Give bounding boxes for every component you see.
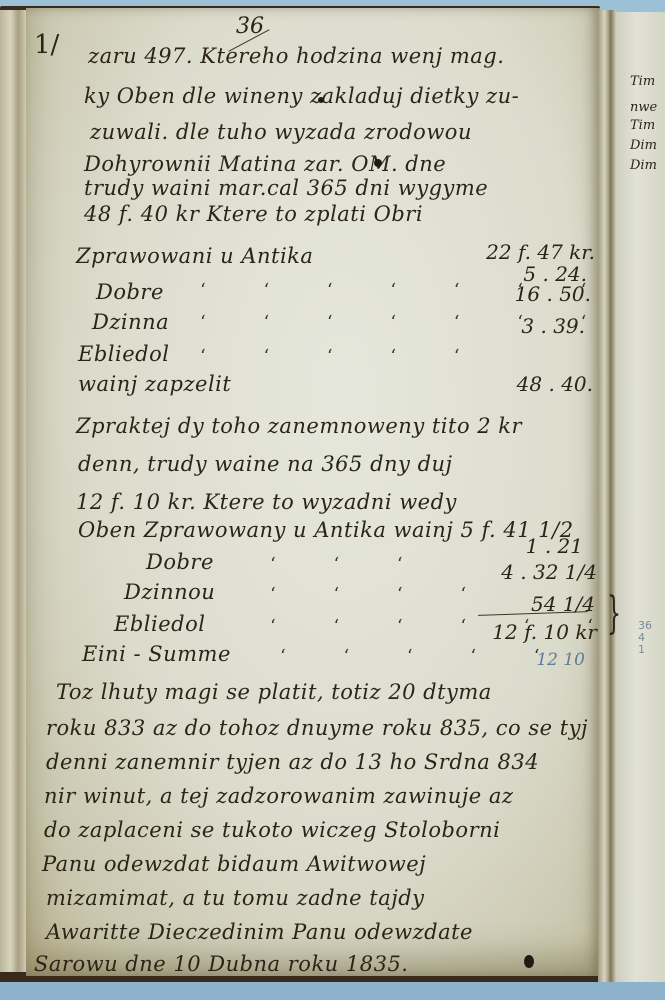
ledger-total: 48 . 40.	[517, 372, 593, 396]
text-line: denn, trudy waine na 365 dny duj	[78, 452, 453, 476]
right-page-line: nwe	[630, 100, 657, 115]
ledger-label: Zprawowani u Antika	[76, 244, 313, 268]
text-line: zaru 497. Ktereho hodzina wenj mag.	[88, 44, 504, 68]
ledger-label: Ebliedol	[114, 612, 205, 636]
right-page-line: Dim	[630, 138, 657, 153]
text-line: roku 833 az do tohoz dnuyme roku 835, co…	[46, 716, 588, 740]
pencil-note: 36 4 1	[638, 620, 652, 656]
ledger-label: Dzinnou	[124, 580, 215, 604]
text-line: Awaritte Dieczedinim Panu odewzdate	[46, 920, 473, 944]
ledger-label: wainj zapzelit	[78, 372, 231, 396]
leader-dots: ‘ ‘ ‘	[270, 554, 429, 575]
margin-mark: 1/	[34, 30, 59, 60]
background-bottom	[0, 982, 665, 1000]
pencil-total: 12 10	[536, 650, 585, 670]
ledger-label: Dobre	[96, 280, 164, 304]
ledger-label: Dobre	[146, 550, 214, 574]
right-page-line: Tim	[630, 118, 655, 133]
ledger-value: 3 . 39.	[521, 314, 585, 338]
ledger-value: 1 . 21	[526, 534, 583, 558]
text-line: mizamimat, a tu tomu zadne tajdy	[46, 886, 425, 910]
pencil-note-line: 1	[638, 644, 652, 656]
text-line: denni zanemnir tyjen az do 13 ho Srdna 8…	[46, 750, 539, 774]
leader-dots: ‘ ‘ ‘ ‘ ‘	[200, 346, 486, 367]
text-line: 48 f. 40 kr Ktere to zplati Obri	[84, 202, 423, 226]
right-page-line: Dim	[630, 158, 657, 173]
ledger-value: 4 . 32 1/4	[501, 560, 597, 584]
text-line: trudy waini mar.cal 365 dni wygyme	[84, 176, 488, 200]
book-gutter	[598, 10, 616, 982]
ledger-label: Dzinna	[92, 310, 169, 334]
text-line: do zaplaceni se tukoto wiczeg Stoloborni	[44, 818, 500, 842]
text-line: Toz lhuty magi se platit, totiz 20 dtyma	[56, 680, 492, 704]
leader-dots: ‘ ‘ ‘ ‘ ‘	[280, 646, 566, 667]
ledger-label: Eini - Summe	[82, 642, 231, 666]
right-page-fragment: Tim nwe Tim Dim Dim 36 4 1	[616, 12, 665, 984]
text-line: ky Oben dle wineny zakladuj dietky zu-	[84, 84, 519, 108]
ledger-value: 16 . 50.	[515, 282, 591, 306]
text-line: Panu odewzdat bidaum Awitwowej	[42, 852, 426, 876]
text-line: Zpraktej dy toho zanemnoweny tito 2 kr	[76, 414, 522, 438]
right-page-line: Tim	[630, 74, 655, 89]
ledger-value: 22 f. 47 kr.	[486, 240, 595, 264]
text-line: Sarowu dne 10 Dubna roku 1835.	[34, 952, 408, 976]
text-line: Dohyrownii Matina zar. OM. dne	[84, 152, 446, 176]
ink-blot	[318, 97, 324, 103]
ledger-total: 12 f. 10 kr	[492, 620, 597, 644]
left-page-edge	[0, 10, 27, 972]
text-line: 12 f. 10 kr. Ktere to wyzadni wedy	[76, 490, 457, 514]
leader-dots: ‘ ‘ ‘ ‘	[270, 584, 492, 605]
ink-blot	[524, 955, 534, 968]
text-line: zuwali. dle tuho wyzada zrodowou	[90, 120, 472, 144]
ink-blot	[374, 159, 382, 167]
ledger-label: Ebliedol	[78, 342, 169, 366]
text-line: nir winut, a tej zadzorowanim zawinuje a…	[44, 784, 514, 808]
text-line: Oben Zprawowany u Antika wainj 5 f. 41 1…	[78, 518, 574, 542]
